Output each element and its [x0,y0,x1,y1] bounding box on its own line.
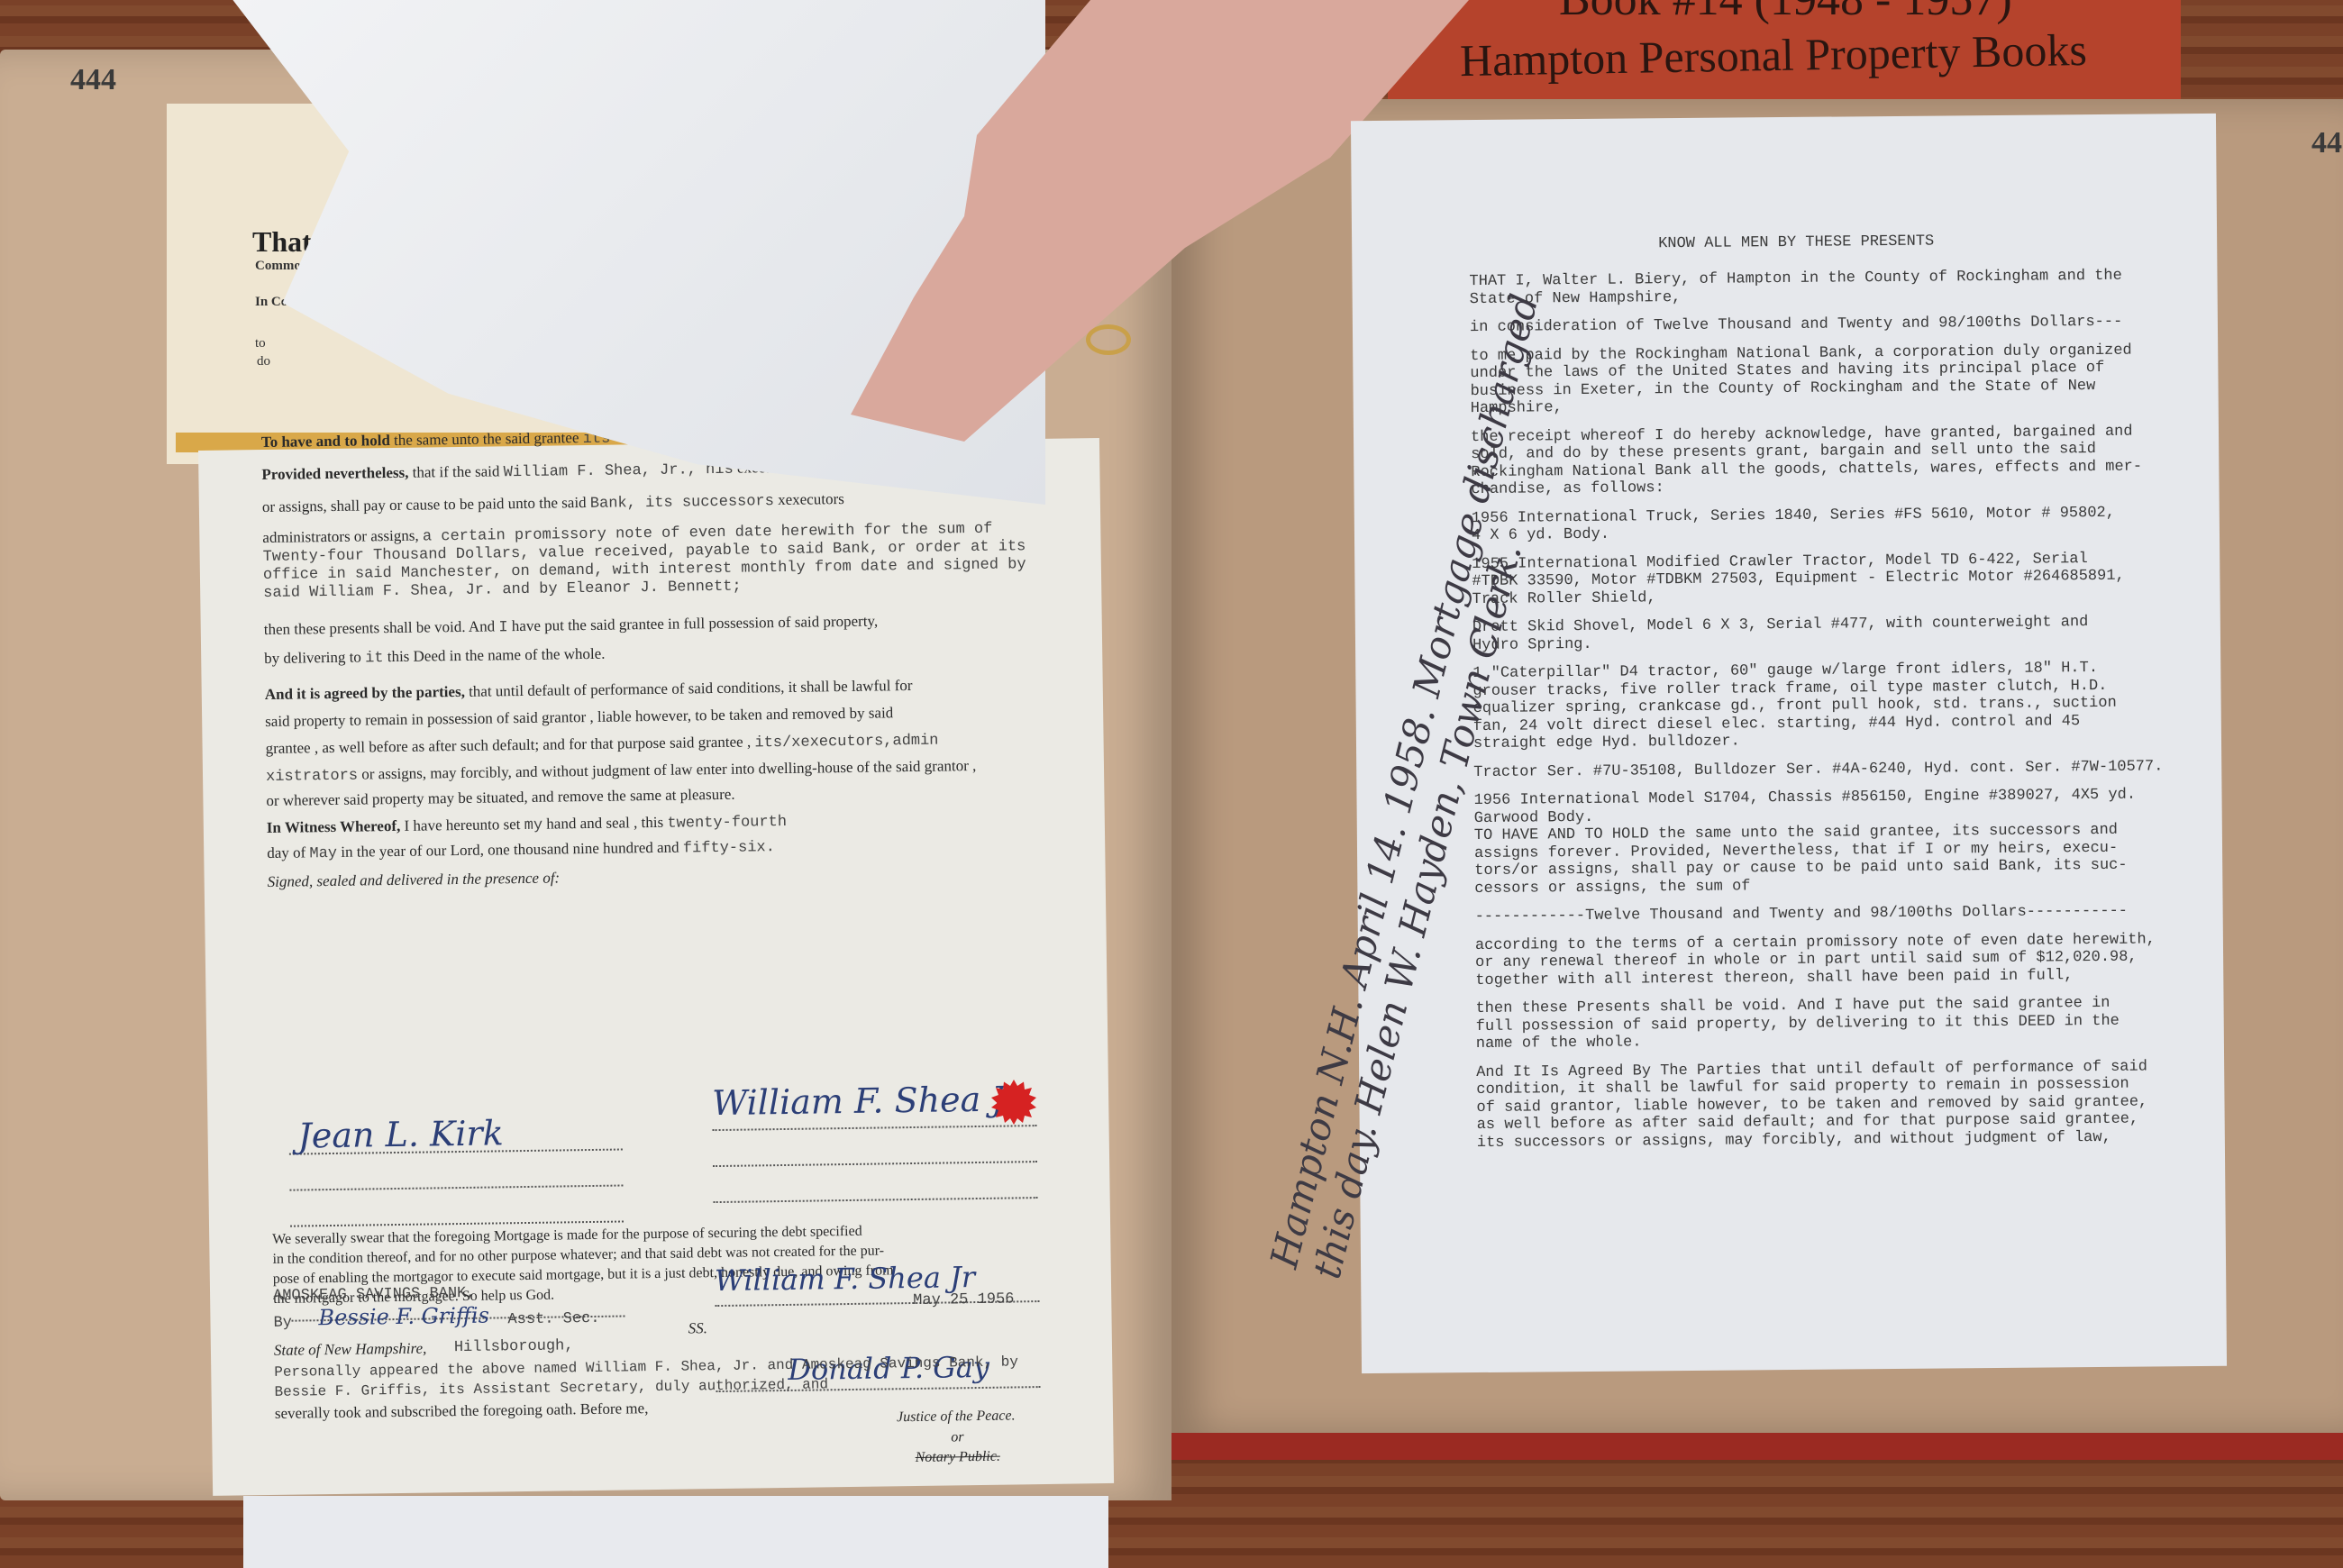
typed-line: 1956 International Truck, Series 1840, S… [1472,504,2115,526]
typed-line: 1956 International Model S1704, Chassis … [1473,787,2136,809]
typed-line: Tractor Ser. #7U-35108, Bulldozer Ser. #… [1473,758,2163,781]
typed-title: KNOW ALL MEN BY THESE PRESENTS [1658,233,1934,253]
oath-date: May 25 1956 [913,1290,1014,1309]
ring [1086,324,1131,355]
bank-by: By [273,1315,292,1332]
form-heading: That [252,225,312,259]
justice-label: Justice of the Peace. [897,1408,1016,1426]
typed-mortgage-sheet: KNOW ALL MEN BY THESE PRESENTS THAT I, W… [1351,114,2227,1373]
ledger-red-edge [1171,1433,2343,1460]
assistant-secretary: Bessie F. Griffis, its Assistant Secreta… [274,1376,828,1400]
typed-line: straight edge Hyd. bulldozer. [1473,733,1740,752]
mortgage-form: successorsTo have and to hold the same u… [198,438,1114,1496]
state-label: State of New Hampshire, [274,1340,427,1360]
signature-witness: Jean L. Kirk [297,1113,504,1155]
form-line: or assigns, shall pay or cause to be pai… [262,490,844,517]
typed-line: name of the whole. [1476,1034,1642,1053]
bottom-sheet [243,1496,1108,1568]
page-number-left: 444 [70,63,116,97]
form-line: by delivering to it this Deed in the nam… [264,645,606,669]
binder-label-volume: Book #14 (1948 - 1957) [1559,0,2012,26]
form-do: do [257,354,270,369]
signature-bank-officer: Bessie F. Griffis [318,1303,489,1331]
form-to: to [255,336,266,351]
or-label: or [951,1429,963,1445]
form-line: And it is agreed by the parties, that un… [265,677,913,704]
notary-label: Notary Public. [916,1449,1000,1466]
typed-line: ------------Twelve Thousand and Twenty a… [1475,903,2128,925]
page-number-right: 44 [2311,126,2342,160]
form-line: then these presents shall be void. And I… [264,612,879,640]
typed-line: Drott Skid Shovel, Model 6 X 3, Serial #… [1472,614,2089,636]
before-me: severally took and subscribed the forego… [275,1399,649,1423]
form-line: or wherever said property may be situate… [266,786,734,810]
county-label: Hillsborough, [454,1337,574,1356]
binder-label-title: Hampton Personal Property Books [1460,23,2088,87]
form-line: day of May in the year of our Lord, one … [267,837,775,863]
form-line: In Witness Whereof, I have hereunto set … [267,812,787,838]
bank-name: AMOSKEAG SAVINGS BANK, [273,1285,476,1305]
typed-line: cessors or assigns, the sum of [1474,878,1750,898]
typed-line: THAT I, Walter L. Biery, of Hampton in t… [1469,268,2121,290]
form-line: said property to remain in possession of… [265,704,893,731]
form-line: grantee , as well before as after such d… [265,731,938,759]
ss-label: SS. [688,1319,708,1337]
signature-mortgagor: William F. Shea Jr [712,1079,1022,1123]
bank-title: Asst. Sec. [507,1310,599,1328]
form-line: xistrators or assigns, may forcibly, and… [266,757,977,786]
typed-line: Garwood Body. [1474,808,1594,826]
form-line: Signed, sealed and delivered in the pres… [268,869,561,891]
